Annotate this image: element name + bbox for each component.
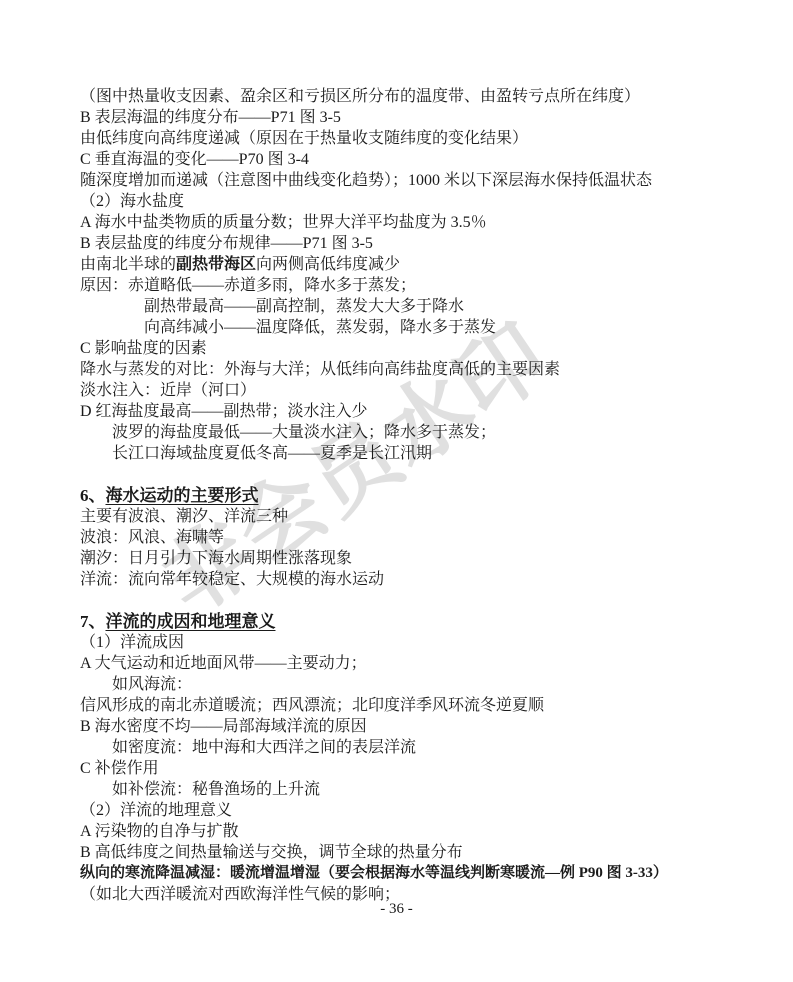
text-line: C 补偿作用: [80, 758, 763, 779]
text-run: 长江口海域盐度夏低冬高——夏季是长江汛期: [112, 445, 432, 462]
text-run: 洋流：流向常年较稳定、大规模的海水运动: [80, 571, 384, 588]
text-run: 纵向的寒流降温减湿：暖流增温增湿（要会根据海水等温线判断寒暖流—例 P90 图 …: [80, 865, 668, 881]
text-run: B 表层海温的纬度分布——P71 图 3-5: [80, 109, 341, 126]
text-run: 副热带最高——副高控制，蒸发大大多于降水: [144, 298, 464, 315]
text-run: （1）洋流成因: [80, 634, 184, 651]
text-line: 信风形成的南北赤道暖流；西风漂流；北印度洋季风环流冬逆夏顺: [80, 695, 763, 716]
text-run: 随深度增加而递减（注意图中曲线变化趋势）；1000 米以下深层海水保持低温状态: [80, 172, 652, 189]
text-run: D 红海盐度最高——副热带；淡水注入少: [80, 403, 368, 420]
text-run: C 垂直海温的变化——P70 图 3-4: [80, 151, 309, 168]
text-line: 洋流：流向常年较稳定、大规模的海水运动: [80, 569, 763, 590]
text-run: 如补偿流：秘鲁渔场的上升流: [112, 781, 320, 798]
text-line: D 红海盐度最高——副热带；淡水注入少: [80, 401, 763, 422]
text-line: 降水与蒸发的对比：外海与大洋；从低纬向高纬盐度高低的主要因素: [80, 359, 763, 380]
text-line: B 表层海温的纬度分布——P71 图 3-5: [80, 107, 763, 128]
text-line: 由南北半球的副热带海区向两侧高低纬度减少: [80, 254, 763, 275]
text-line: 长江口海域盐度夏低冬高——夏季是长江汛期: [80, 443, 763, 464]
text-line: （2）洋流的地理意义: [80, 800, 763, 821]
text-line: 如风海流：: [80, 674, 763, 695]
text-run: A 大气运动和近地面风带——主要动力；: [80, 655, 367, 672]
text-line: 纵向的寒流降温减湿：暖流增温增湿（要会根据海水等温线判断寒暖流—例 P90 图 …: [80, 863, 763, 884]
text-line: 淡水注入：近岸（河口）: [80, 380, 763, 401]
text-line: 副热带最高——副高控制，蒸发大大多于降水: [80, 296, 763, 317]
text-line: 原因：赤道略低——赤道多雨，降水多于蒸发；: [80, 275, 763, 296]
text-run: 6、: [80, 486, 106, 505]
section-heading: 7、洋流的成因和地理意义: [80, 611, 763, 632]
text-line: （1）洋流成因: [80, 632, 763, 653]
text-run: C 补偿作用: [80, 760, 159, 777]
blank-line: [80, 464, 763, 485]
text-line: B 表层盐度的纬度分布规律——P71 图 3-5: [80, 233, 763, 254]
text-run: 波罗的海盐度最低——大量淡水注入；降水多于蒸发；: [112, 424, 496, 441]
text-run: 由南北半球的: [80, 256, 176, 273]
text-run: （2）海水盐度: [80, 193, 184, 210]
text-line: 潮汐：日月引力下海水周期性涨落现象: [80, 548, 763, 569]
text-run: 降水与蒸发的对比：外海与大洋；从低纬向高纬盐度高低的主要因素: [80, 361, 560, 378]
text-run: C 影响盐度的因素: [80, 340, 207, 357]
text-run: 副热带海区: [176, 256, 256, 273]
text-run: 主要有波浪、潮汐、洋流三种: [80, 508, 288, 525]
text-run: 潮汐：日月引力下海水周期性涨落现象: [80, 550, 352, 567]
text-run: 如风海流：: [112, 676, 192, 693]
text-run: 波浪：风浪、海啸等: [80, 529, 224, 546]
text-run: A 污染物的自净与扩散: [80, 823, 239, 840]
document-page: 非会员水印 （图中热量收支因素、盈余区和亏损区所分布的温度带、由盈转亏点所在纬度…: [0, 0, 793, 982]
text-line: A 海水中盐类物质的质量分数；世界大洋平均盐度为 3.5％: [80, 212, 763, 233]
text-run: B 表层盐度的纬度分布规律——P71 图 3-5: [80, 235, 373, 252]
text-run: 由低纬度向高纬度递减（原因在于热量收支随纬度的变化结果）: [80, 130, 528, 147]
text-line: C 垂直海温的变化——P70 图 3-4: [80, 149, 763, 170]
text-line: 主要有波浪、潮汐、洋流三种: [80, 506, 763, 527]
document-body: （图中热量收支因素、盈余区和亏损区所分布的温度带、由盈转亏点所在纬度）B 表层海…: [80, 86, 763, 905]
text-line: A 污染物的自净与扩散: [80, 821, 763, 842]
text-run: B 高低纬度之间热量输送与交换，调节全球的热量分布: [80, 844, 463, 861]
text-line: 波浪：风浪、海啸等: [80, 527, 763, 548]
text-run: （图中热量收支因素、盈余区和亏损区所分布的温度带、由盈转亏点所在纬度）: [80, 88, 640, 105]
text-line: 如密度流：地中海和大西洋之间的表层洋流: [80, 737, 763, 758]
text-run: 7、: [80, 612, 106, 631]
text-run: 向高纬减小——温度降低，蒸发弱，降水多于蒸发: [144, 319, 496, 336]
text-line: B 海水密度不均——局部海域洋流的原因: [80, 716, 763, 737]
text-run: 如密度流：地中海和大西洋之间的表层洋流: [112, 739, 416, 756]
text-line: 由低纬度向高纬度递减（原因在于热量收支随纬度的变化结果）: [80, 128, 763, 149]
text-run: 向两侧高低纬度减少: [256, 256, 400, 273]
page-number: - 36 -: [0, 901, 793, 918]
text-line: A 大气运动和近地面风带——主要动力；: [80, 653, 763, 674]
text-line: 如补偿流：秘鲁渔场的上升流: [80, 779, 763, 800]
blank-line: [80, 590, 763, 611]
section-heading: 6、海水运动的主要形式: [80, 485, 763, 506]
text-run: 海水运动的主要形式: [106, 486, 259, 505]
text-run: B 海水密度不均——局部海域洋流的原因: [80, 718, 367, 735]
text-line: C 影响盐度的因素: [80, 338, 763, 359]
text-run: 原因：赤道略低——赤道多雨，降水多于蒸发；: [80, 277, 416, 294]
text-line: 波罗的海盐度最低——大量淡水注入；降水多于蒸发；: [80, 422, 763, 443]
text-run: 淡水注入：近岸（河口）: [80, 382, 256, 399]
text-run: 信风形成的南北赤道暖流；西风漂流；北印度洋季风环流冬逆夏顺: [80, 697, 544, 714]
text-run: （2）洋流的地理意义: [80, 802, 232, 819]
text-line: （2）海水盐度: [80, 191, 763, 212]
text-line: B 高低纬度之间热量输送与交换，调节全球的热量分布: [80, 842, 763, 863]
text-line: （图中热量收支因素、盈余区和亏损区所分布的温度带、由盈转亏点所在纬度）: [80, 86, 763, 107]
text-run: 洋流的成因和地理意义: [106, 612, 276, 631]
text-line: 随深度增加而递减（注意图中曲线变化趋势）；1000 米以下深层海水保持低温状态: [80, 170, 763, 191]
text-line: 向高纬减小——温度降低，蒸发弱，降水多于蒸发: [80, 317, 763, 338]
text-run: A 海水中盐类物质的质量分数；世界大洋平均盐度为 3.5％: [80, 214, 487, 231]
